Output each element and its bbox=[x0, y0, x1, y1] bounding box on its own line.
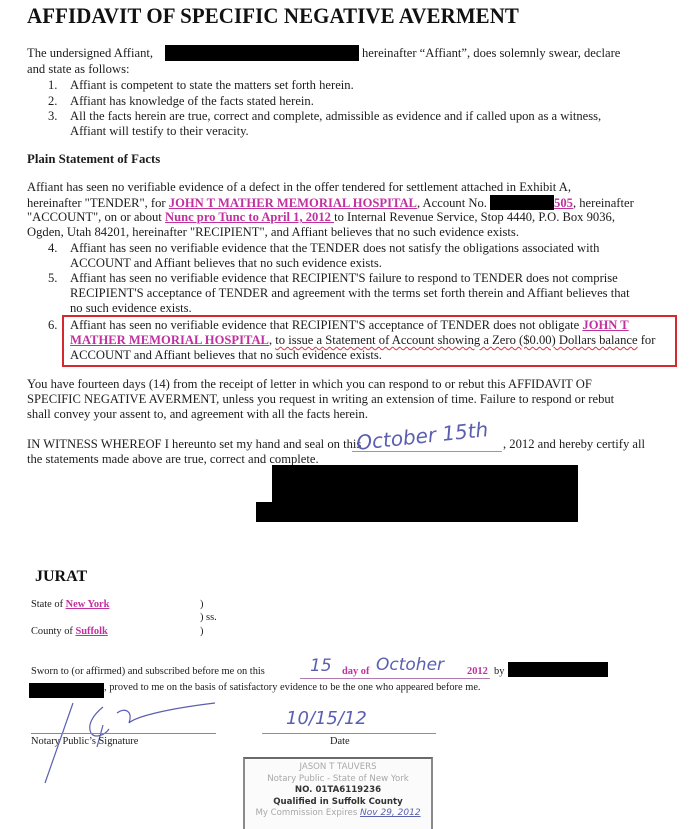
item-5-number: 5. bbox=[48, 271, 57, 287]
facts-line2-a: hereinafter "TENDER", for bbox=[27, 196, 169, 210]
item-2-number: 2. bbox=[48, 94, 57, 110]
jurat-heading: JURAT bbox=[35, 568, 87, 586]
notary-signature-label: Notary Public’s Signature bbox=[31, 736, 138, 747]
date-phrase-field: Nunc pro Tunc to April 1, 2012 bbox=[165, 210, 334, 224]
stamp-qualified: Qualified in Suffolk County bbox=[245, 797, 431, 809]
item-2-text: Affiant has knowledge of the facts state… bbox=[70, 94, 314, 110]
item-3-text-line1: All the facts herein are true, correct a… bbox=[70, 109, 601, 125]
item-6-hospital-part2: MATHER MEMORIAL HOSPITAL bbox=[70, 333, 269, 347]
county-value: Suffolk bbox=[75, 626, 107, 637]
section-heading: Plain Statement of Facts bbox=[27, 152, 160, 167]
redacted-signature-block bbox=[272, 465, 578, 522]
item-4-text-line1: Affiant has seen no verifiable evidence … bbox=[70, 241, 599, 257]
state-label: State of bbox=[31, 599, 66, 610]
state-value: New York bbox=[66, 599, 110, 610]
intro-part1: The undersigned Affiant, bbox=[27, 46, 153, 62]
stamp-expires-row: My Commission Expires Nov 29, 2012 bbox=[245, 808, 431, 820]
redacted-account-number bbox=[490, 195, 554, 210]
response-line2: SPECIFIC NEGATIVE AVERMENT, unless you r… bbox=[27, 392, 614, 408]
response-line1: You have fourteen days (14) from the rec… bbox=[27, 377, 592, 393]
redacted-affiant-name bbox=[165, 45, 359, 61]
notary-date-line bbox=[262, 733, 436, 734]
item-4-number: 4. bbox=[48, 241, 57, 257]
facts-line2-b: , Account No. bbox=[417, 196, 490, 210]
item-5-text-line1: Affiant has seen no verifiable evidence … bbox=[70, 271, 618, 287]
stamp-name-line: JASON T TAUVERS bbox=[245, 762, 431, 774]
sworn-part1: Sworn to (or affirmed) and subscribed be… bbox=[31, 666, 265, 677]
facts-line1: Affiant has seen no verifiable evidence … bbox=[27, 180, 571, 196]
item-6-hospital-part1: JOHN T bbox=[582, 318, 628, 332]
item-6-number: 6. bbox=[48, 318, 57, 334]
notary-stamp: JASON T TAUVERS Notary Public - State of… bbox=[243, 757, 433, 829]
proved-line: , proved to me on the basis of satisfact… bbox=[104, 682, 481, 693]
sworn-day-handwritten: 15 bbox=[310, 656, 332, 676]
item-1-text: Affiant is competent to state the matter… bbox=[70, 78, 354, 94]
item-4-text-line2: ACCOUNT and Affiant believes that no suc… bbox=[70, 256, 382, 272]
facts-line3-b: to Internal Revenue Service, Stop 4440, … bbox=[334, 210, 615, 224]
item-6-line3: ACCOUNT and Affiant believes that no suc… bbox=[70, 348, 382, 364]
response-line3: shall convey your assent to, and agreeme… bbox=[27, 407, 368, 423]
county-row: County of Suffolk bbox=[31, 626, 108, 637]
paren-3: ) bbox=[200, 626, 203, 637]
document-title: AFFIDAVIT OF SPECIFIC NEGATIVE AVERMENT bbox=[27, 3, 519, 29]
witness-date-line bbox=[352, 451, 502, 452]
facts-line4: Ogden, Utah 84201, hereinafter "RECIPIEN… bbox=[27, 225, 519, 241]
hospital-name-field: JOHN T MATHER MEMORIAL HOSPITAL bbox=[169, 196, 417, 210]
item-1-number: 1. bbox=[48, 78, 57, 94]
redacted-affiant-name-jurat bbox=[508, 662, 608, 677]
intro-part2: hereinafter “Affiant”, does solemnly swe… bbox=[362, 46, 620, 62]
stamp-commission-number: NO. 01TA6119236 bbox=[245, 785, 431, 797]
affidavit-page: AFFIDAVIT OF SPECIFIC NEGATIVE AVERMENT … bbox=[0, 0, 692, 829]
sworn-date-line bbox=[300, 678, 490, 679]
facts-line2-c: , hereinafter bbox=[573, 196, 634, 210]
item-6-line2-c: for bbox=[638, 333, 656, 347]
notary-date-label: Date bbox=[330, 736, 350, 747]
sworn-month-handwritten: Octoher bbox=[376, 655, 444, 675]
item-3-number: 3. bbox=[48, 109, 57, 125]
state-row: State of New York bbox=[31, 599, 109, 610]
intro-line2: and state as follows: bbox=[27, 62, 129, 78]
item-6-line1: Affiant has seen no verifiable evidence … bbox=[70, 318, 629, 334]
stamp-expires-value: Nov 29, 2012 bbox=[360, 808, 421, 818]
stamp-expires-label: My Commission Expires bbox=[255, 808, 357, 818]
witness-handwritten-date: October 15th bbox=[355, 417, 489, 455]
item-3-text-line2: Affiant will testify to their veracity. bbox=[70, 124, 249, 140]
item-5-text-line2: RECIPIENT'S acceptance of TENDER and agr… bbox=[70, 286, 630, 302]
notary-signature-line bbox=[31, 733, 216, 734]
item-6-underlined-phrase: to issue a Statement of Account showing … bbox=[275, 333, 637, 347]
sworn-by: by bbox=[494, 666, 504, 677]
sworn-day-of: day of bbox=[342, 666, 369, 677]
paren-ss: ) ss. bbox=[200, 612, 217, 623]
item-6-line1-a: Affiant has seen no verifiable evidence … bbox=[70, 318, 582, 332]
witness-part1: IN WITNESS WHEREOF I hereunto set my han… bbox=[27, 437, 361, 453]
account-suffix-field: 505 bbox=[554, 196, 573, 210]
paren-1: ) bbox=[200, 599, 203, 610]
facts-line3: "ACCOUNT", on or about Nunc pro Tunc to … bbox=[27, 210, 615, 226]
item-6-line2: MATHER MEMORIAL HOSPITAL, to issue a Sta… bbox=[70, 333, 655, 349]
witness-part2: , 2012 and hereby certify all bbox=[503, 437, 645, 453]
redacted-signature-block-ext bbox=[256, 502, 286, 522]
facts-line3-a: "ACCOUNT", on or about bbox=[27, 210, 165, 224]
stamp-line2: Notary Public - State of New York bbox=[245, 774, 431, 786]
sworn-year: 2012 bbox=[467, 666, 488, 677]
county-label: County of bbox=[31, 626, 75, 637]
notary-date-handwritten: 10/15/12 bbox=[286, 708, 367, 729]
